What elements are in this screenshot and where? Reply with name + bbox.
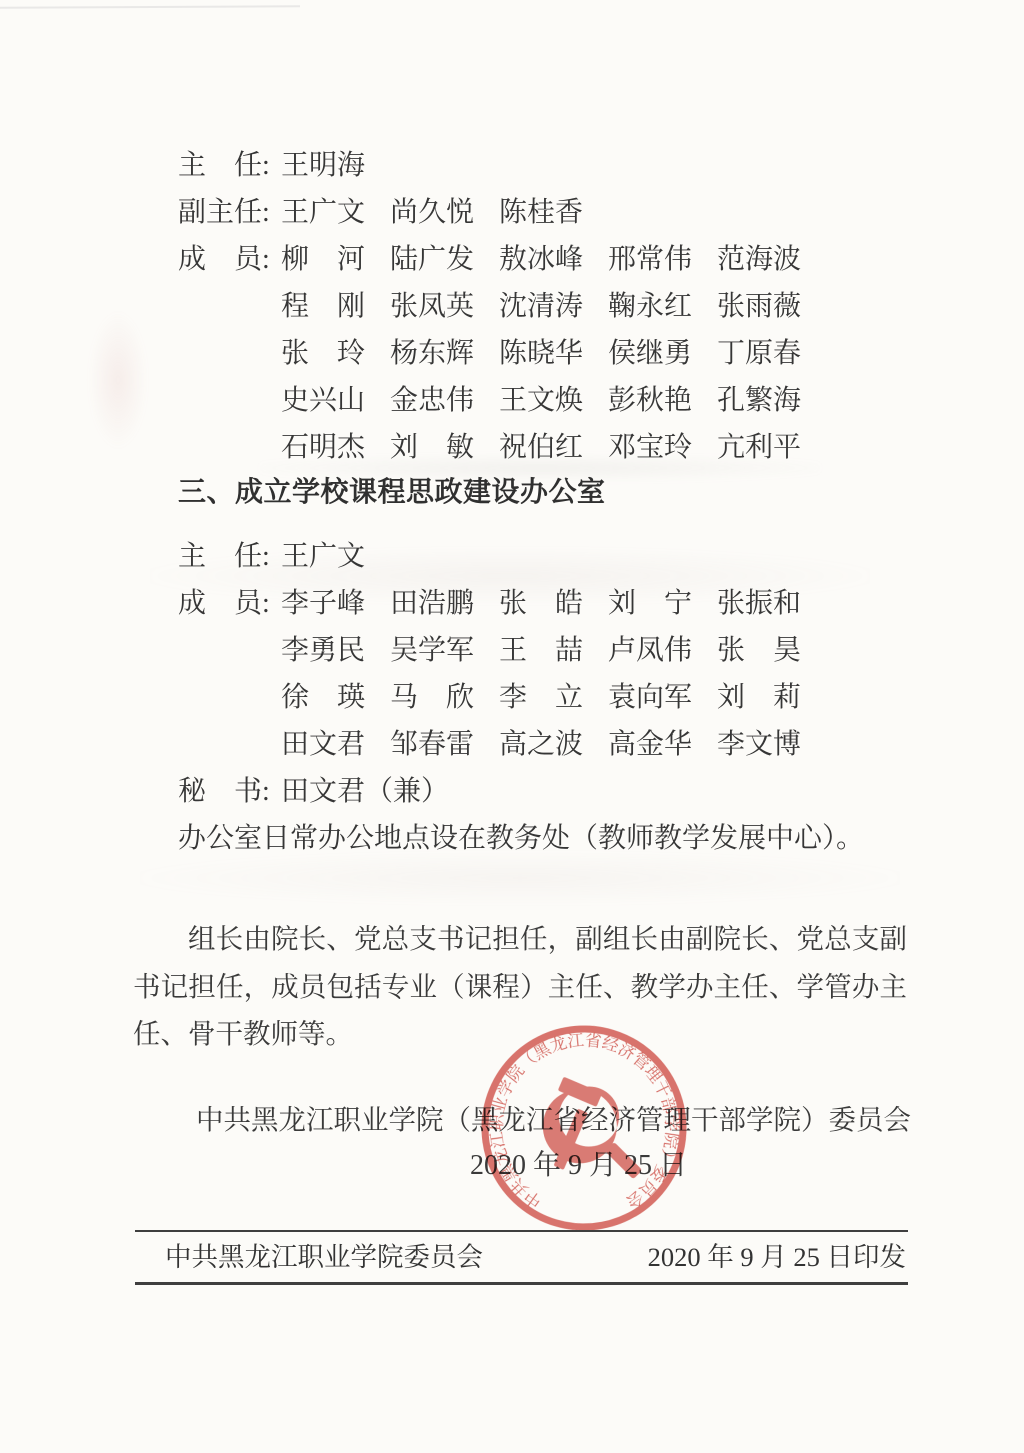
field-label: 成员 [178, 241, 262, 279]
person-name: 王文焕 [499, 382, 585, 420]
person-name: 孔繁海 [717, 382, 803, 420]
person-name: 张凤英 [390, 288, 476, 326]
person-name: 高金华 [608, 726, 694, 764]
person-name: 刘 敏 [390, 429, 476, 467]
person-name: 邹春雷 [390, 726, 476, 764]
person-name: 石明杰 [281, 429, 367, 467]
person-name: 张振和 [717, 585, 803, 623]
person-name: 李 立 [499, 679, 585, 717]
person-name: 鞠永红 [608, 288, 694, 326]
person-name: 丁原春 [717, 335, 803, 373]
field-row-deputy-directors: 副主任:王广文尚久悦陈桂香 [178, 194, 585, 232]
person-name: 陈晓华 [499, 335, 585, 373]
member-name-row: 徐 瑛马 欣李 立袁向军刘 莉 [281, 679, 803, 717]
person-name: 张 玲 [281, 335, 367, 373]
member-name-row: 张 玲杨东辉陈晓华侯继勇丁原春 [281, 335, 803, 373]
label-colon: : [262, 241, 271, 279]
member-name-row: 程 刚张凤英沈清涛鞠永红张雨薇 [281, 288, 803, 326]
person-name: 祝伯红 [499, 429, 585, 467]
person-name: 亢利平 [717, 429, 803, 467]
person-name: 金忠伟 [390, 382, 476, 420]
person-name: 王 喆 [499, 632, 585, 670]
field-row-director: 主任:王广文 [178, 538, 367, 576]
label-colon: : [262, 773, 271, 811]
person-name: 李文博 [717, 726, 803, 764]
field-row-members: 成员:李子峰田浩鹏张 皓刘 宁张振和 [178, 585, 803, 623]
person-name: 高之波 [499, 726, 585, 764]
seal-ring [477, 1021, 692, 1236]
footer-rule-top [135, 1230, 908, 1232]
member-name-row: 李勇民吴学军王 喆卢凤伟张 昊 [281, 632, 803, 670]
field-label: 秘书 [178, 773, 262, 811]
person-name: 李勇民 [281, 632, 367, 670]
person-name: 柳 河 [281, 241, 367, 279]
person-name: 王明海 [281, 147, 367, 185]
person-name: 敖冰峰 [499, 241, 585, 279]
field-row-secretary: 秘书:田文君（兼） [178, 773, 449, 811]
person-name: 袁向军 [608, 679, 694, 717]
person-name: 尚久悦 [390, 194, 476, 232]
person-name: 田浩鹏 [390, 585, 476, 623]
person-name: 刘 宁 [608, 585, 694, 623]
person-name: 卢凤伟 [608, 632, 694, 670]
bleedthrough-smudge [88, 310, 148, 450]
person-name: 吴学军 [390, 632, 476, 670]
person-name: 范海波 [717, 241, 803, 279]
official-seal: 中共黑龙江职业学院（黑龙江省经济管理干部学院）委员会 [469, 1013, 699, 1243]
person-name: 李子峰 [281, 585, 367, 623]
scan-edge-artifact [0, 5, 300, 9]
person-name: 张雨薇 [717, 288, 803, 326]
person-name: 陈桂香 [499, 194, 585, 232]
member-name-row: 田文君邹春雷高之波高金华李文博 [281, 726, 803, 764]
footer-issuer: 中共黑龙江职业学院委员会 [165, 1241, 483, 1273]
label-colon: : [262, 585, 271, 623]
field-row-members: 成员:柳 河陆广发敖冰峰邢常伟范海波 [178, 241, 803, 279]
member-name-row: 史兴山金忠伟王文焕彭秋艳孔繁海 [281, 382, 803, 420]
person-name: 王广文 [281, 538, 367, 576]
person-name: 邢常伟 [608, 241, 694, 279]
person-name: 田文君（兼） [281, 776, 449, 807]
field-label: 主任 [178, 147, 262, 185]
field-label: 主任 [178, 538, 262, 576]
person-name: 王广文 [281, 194, 367, 232]
scanned-document-page: 主任:王明海 副主任:王广文尚久悦陈桂香 成员:柳 河陆广发敖冰峰邢常伟范海波 … [0, 0, 1024, 1453]
person-name: 陆广发 [390, 241, 476, 279]
hammer-sickle-icon [539, 1071, 644, 1187]
label-colon: : [262, 538, 271, 576]
person-name: 侯继勇 [608, 335, 694, 373]
person-name: 沈清涛 [499, 288, 585, 326]
bleedthrough-smudge [140, 852, 900, 904]
member-name-row: 石明杰刘 敏祝伯红邓宝玲亢利平 [281, 429, 803, 467]
person-name: 马 欣 [390, 679, 476, 717]
section-heading: 三、成立学校课程思政建设办公室 [178, 473, 606, 511]
person-name: 彭秋艳 [608, 382, 694, 420]
field-label: 成员 [178, 585, 262, 623]
person-name: 史兴山 [281, 382, 367, 420]
person-name: 田文君 [281, 726, 367, 764]
footer-print-date: 2020 年 9 月 25 日印发 [648, 1241, 906, 1273]
person-name: 程 刚 [281, 288, 367, 326]
office-location-note: 办公室日常办公地点设在教务处（教师教学发展中心）。 [178, 820, 864, 858]
person-name: 刘 莉 [717, 679, 803, 717]
label-colon: : [262, 147, 271, 185]
field-row-director: 主任:王明海 [178, 147, 367, 185]
person-name: 张 皓 [499, 585, 585, 623]
person-name: 杨东辉 [390, 335, 476, 373]
label-colon: : [262, 194, 271, 232]
person-name: 徐 瑛 [281, 679, 367, 717]
person-name: 邓宝玲 [608, 429, 694, 467]
field-label: 副主任 [178, 194, 262, 232]
footer-rule-bottom [135, 1282, 908, 1285]
person-name: 张 昊 [717, 632, 803, 670]
